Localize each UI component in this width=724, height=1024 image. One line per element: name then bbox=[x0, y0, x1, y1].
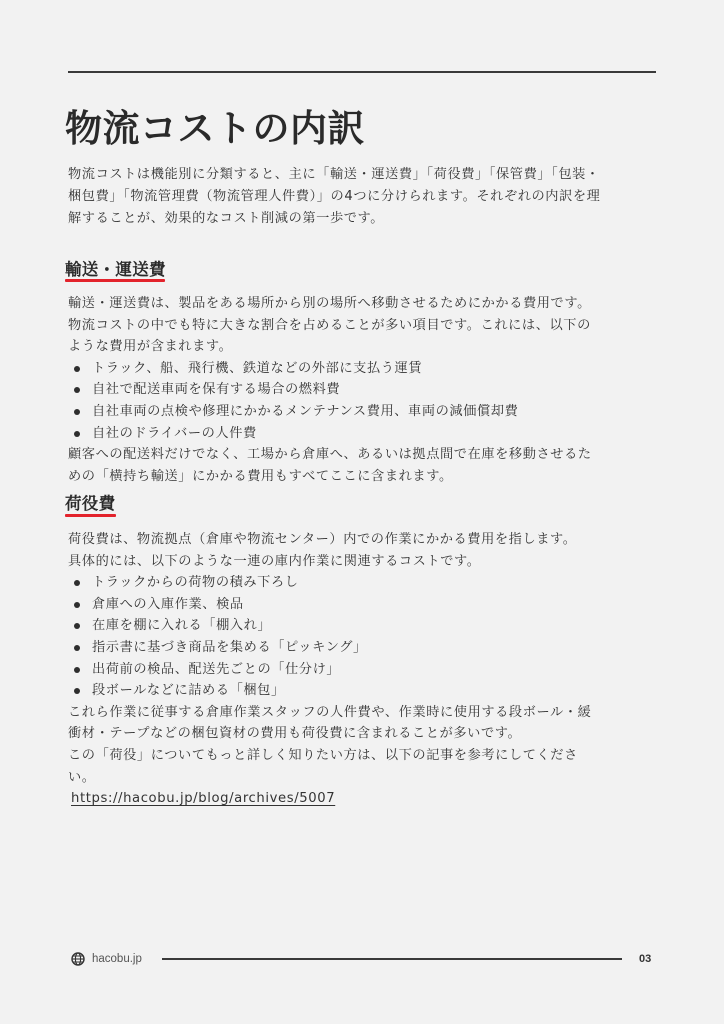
body-line: 荷役費は、物流拠点（倉庫や物流センター）内での作業にかかる費用を指します。 bbox=[68, 529, 628, 551]
article-link[interactable]: https://hacobu.jp/blog/archives/5007 bbox=[71, 791, 335, 806]
footer-site-name: hacobu.jp bbox=[92, 950, 142, 968]
top-divider bbox=[68, 71, 656, 73]
list-item: トラック、船、飛行機、鉄道などの外部に支払う運賃 bbox=[68, 358, 628, 380]
intro-line: 解することが、効果的なコスト削減の第一歩です。 bbox=[68, 208, 628, 230]
intro-line: 物流コストは機能別に分類すると、主に「輸送・運送費」「荷役費」「保管費」「包装・ bbox=[68, 164, 628, 186]
list-item-text: 段ボールなどに詰める「梱包」 bbox=[92, 683, 285, 698]
heading-underline bbox=[65, 514, 116, 517]
bullet-list: トラック、船、飛行機、鉄道などの外部に支払う運賃 自社で配送車両を保有する場合の… bbox=[68, 358, 628, 444]
body-line: 衝材・テープなどの梱包資材の費用も荷役費に含まれることが多いです。 bbox=[68, 723, 628, 745]
globe-icon bbox=[71, 951, 85, 965]
body-line: ような費用が含まれます。 bbox=[68, 336, 628, 358]
intro-line: 梱包費」「物流管理費（物流管理人件費）」の4つに分けられます。それぞれの内訳を理 bbox=[68, 186, 628, 208]
section-body-transport: 輸送・運送費は、製品をある場所から別の場所へ移動させるためにかかる費用です。 物… bbox=[68, 293, 628, 487]
bullet-icon bbox=[74, 645, 80, 651]
bullet-icon bbox=[74, 366, 80, 372]
body-line: 顧客への配送料だけでなく、工場から倉庫へ、あるいは拠点間で在庫を移動させるた bbox=[68, 444, 628, 466]
list-item: 自社車両の点検や修理にかかるメンテナンス費用、車両の減価償却費 bbox=[68, 401, 628, 423]
list-item-text: トラック、船、飛行機、鉄道などの外部に支払う運賃 bbox=[92, 361, 422, 376]
bullet-icon bbox=[74, 667, 80, 673]
list-item-text: 自社車両の点検や修理にかかるメンテナンス費用、車両の減価償却費 bbox=[92, 404, 518, 419]
list-item: 倉庫への入庫作業、検品 bbox=[68, 594, 628, 616]
list-item-text: 指示書に基づき商品を集める「ピッキング」 bbox=[92, 640, 367, 655]
list-item-text: 在庫を棚に入れる「棚入れ」 bbox=[92, 618, 271, 633]
section-body-handling: 荷役費は、物流拠点（倉庫や物流センター）内での作業にかかる費用を指します。 具体… bbox=[68, 529, 628, 810]
page-title: 物流コストの内訳 bbox=[65, 104, 365, 154]
bullet-icon bbox=[74, 580, 80, 586]
list-item: トラックからの荷物の積み下ろし bbox=[68, 572, 628, 594]
body-line: 物流コストの中でも特に大きな割合を占めることが多い項目です。これには、以下の bbox=[68, 315, 628, 337]
bullet-icon bbox=[74, 623, 80, 629]
list-item-text: 自社で配送車両を保有する場合の燃料費 bbox=[92, 382, 340, 397]
list-item: 自社のドライバーの人件費 bbox=[68, 423, 628, 445]
list-item-text: 倉庫への入庫作業、検品 bbox=[92, 597, 244, 612]
section-heading-transport: 輸送・運送費 bbox=[65, 259, 166, 281]
list-item: 在庫を棚に入れる「棚入れ」 bbox=[68, 615, 628, 637]
body-line: これら作業に従事する倉庫作業スタッフの人件費や、作業時に使用する段ボール・緩 bbox=[68, 702, 628, 724]
list-item: 自社で配送車両を保有する場合の燃料費 bbox=[68, 379, 628, 401]
bullet-icon bbox=[74, 409, 80, 415]
page-footer: hacobu.jp 03 bbox=[0, 948, 724, 970]
bullet-icon bbox=[74, 602, 80, 608]
section-heading-handling: 荷役費 bbox=[65, 493, 115, 515]
list-item-text: 出荷前の検品、配送先ごとの「仕分け」 bbox=[92, 662, 340, 677]
list-item: 段ボールなどに詰める「梱包」 bbox=[68, 680, 628, 702]
body-line: 具体的には、以下のような一連の庫内作業に関連するコストです。 bbox=[68, 551, 628, 573]
intro-paragraph: 物流コストは機能別に分類すると、主に「輸送・運送費」「荷役費」「保管費」「包装・… bbox=[68, 164, 628, 230]
list-item: 指示書に基づき商品を集める「ピッキング」 bbox=[68, 637, 628, 659]
bullet-icon bbox=[74, 688, 80, 694]
body-line: この「荷役」についてもっと詳しく知りたい方は、以下の記事を参考にしてくださ bbox=[68, 745, 628, 767]
link-line: https://hacobu.jp/blog/archives/5007 bbox=[68, 788, 628, 810]
body-line: 輸送・運送費は、製品をある場所から別の場所へ移動させるためにかかる費用です。 bbox=[68, 293, 628, 315]
body-line: めの「横持ち輸送」にかかる費用もすべてここに含まれます。 bbox=[68, 466, 628, 488]
body-line: い。 bbox=[68, 767, 628, 789]
bullet-icon bbox=[74, 387, 80, 393]
bullet-list: トラックからの荷物の積み下ろし 倉庫への入庫作業、検品 在庫を棚に入れる「棚入れ… bbox=[68, 572, 628, 702]
list-item: 出荷前の検品、配送先ごとの「仕分け」 bbox=[68, 659, 628, 681]
list-item-text: トラックからの荷物の積み下ろし bbox=[92, 575, 299, 590]
bullet-icon bbox=[74, 431, 80, 437]
page-number: 03 bbox=[639, 950, 651, 968]
heading-underline bbox=[65, 279, 165, 282]
footer-divider bbox=[162, 958, 622, 960]
list-item-text: 自社のドライバーの人件費 bbox=[92, 426, 257, 441]
